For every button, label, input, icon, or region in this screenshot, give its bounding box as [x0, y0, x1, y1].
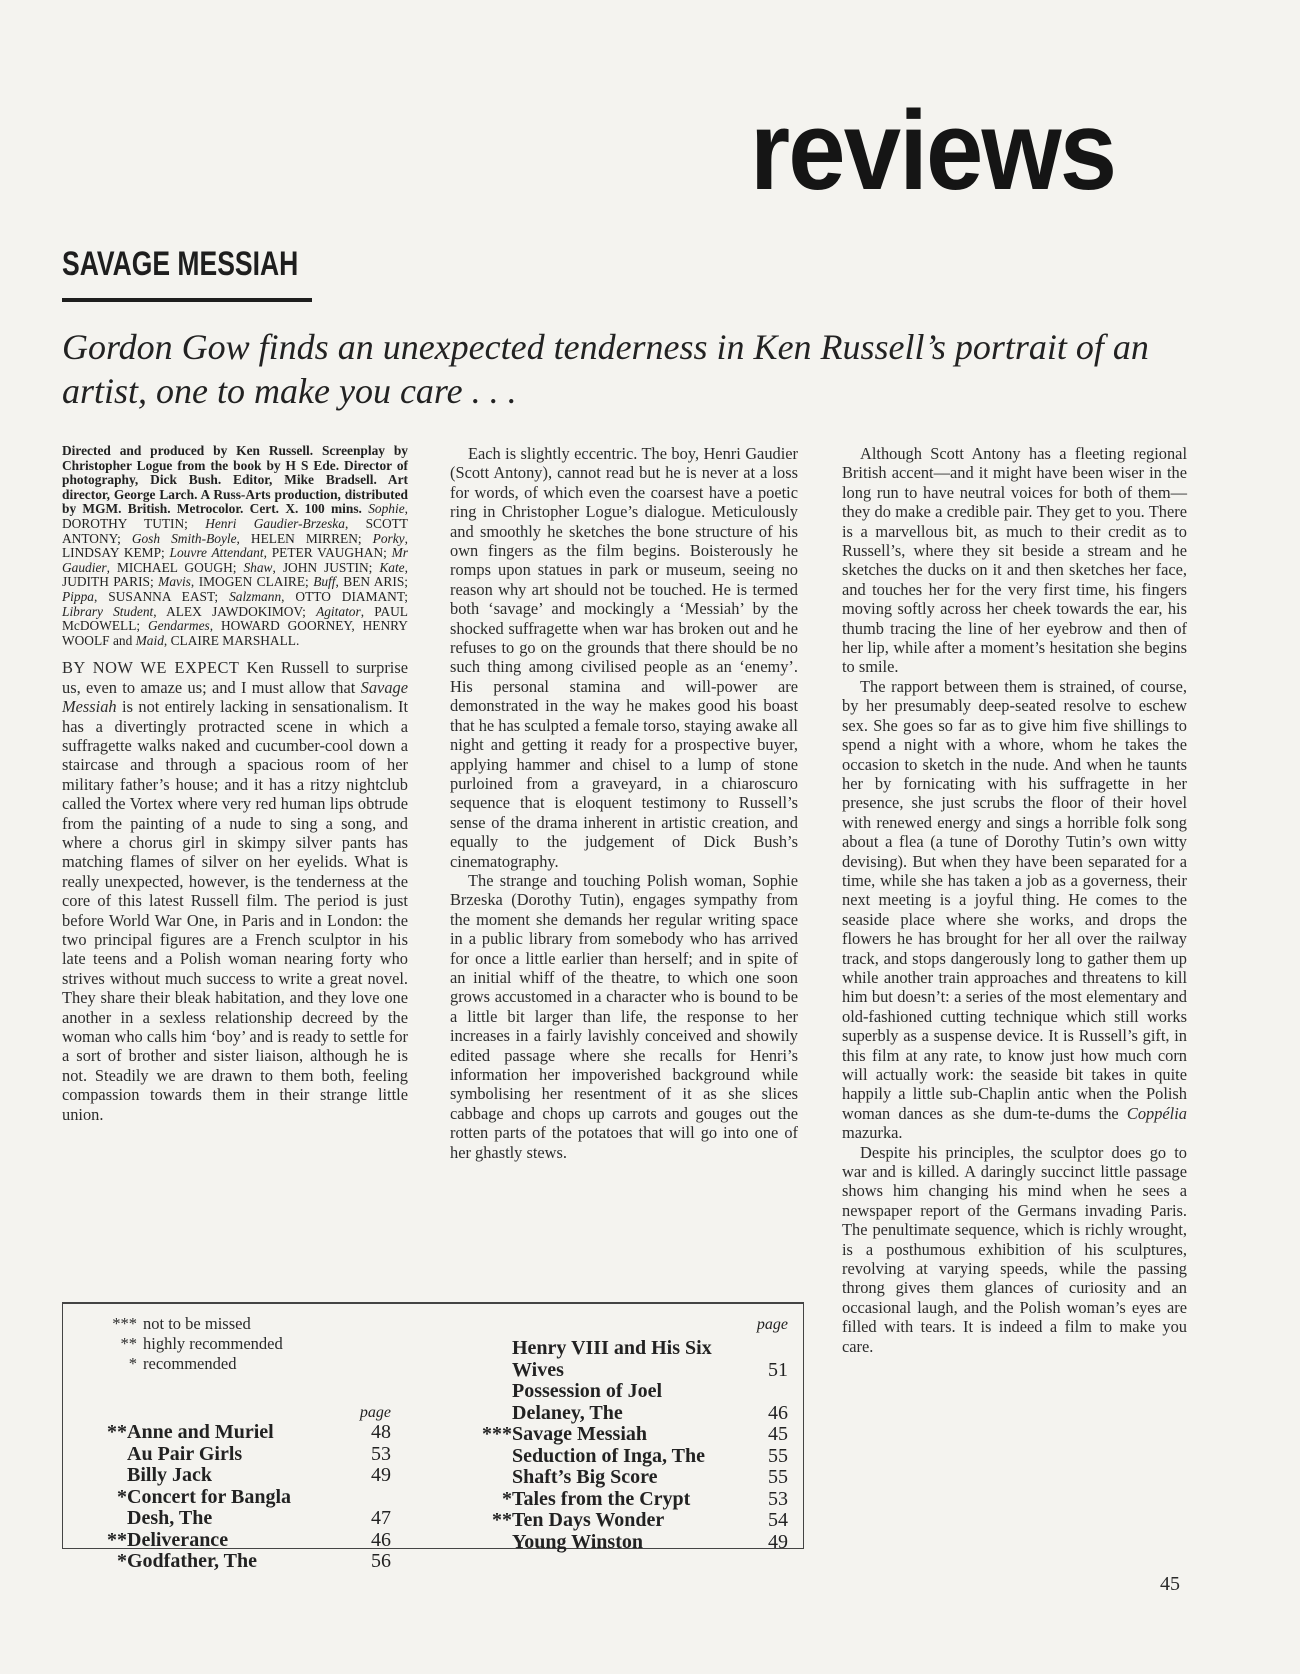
cast-role: Maid: [136, 633, 164, 648]
cast-role: Louvre Attendant: [170, 545, 264, 560]
index-title: Deliverance: [127, 1530, 351, 1552]
index-stars: ***: [468, 1424, 512, 1446]
cast-actor: CLAIRE MARSHALL: [171, 633, 296, 648]
index-entry: Delaney, The46: [468, 1403, 788, 1425]
article-column-1: Directed and produced by Ken Russell. Sc…: [62, 444, 408, 1124]
paragraph-5: The rapport between them is strained, of…: [842, 677, 1187, 1143]
index-entry: Possession of Joel: [468, 1381, 788, 1403]
cast-role: Porky: [373, 531, 405, 546]
page-number: 45: [1160, 1573, 1180, 1596]
index-stars: *: [83, 1487, 127, 1509]
paragraph-3: The strange and touching Polish woman, S…: [450, 871, 798, 1162]
cast-role: Henri Gaudier-Brzeska: [205, 516, 345, 531]
cast-actor: JOHN JUSTIN: [283, 560, 369, 575]
paragraph-1: BY NOW WE EXPECT Ken Russell to surprise…: [62, 658, 408, 1124]
index-page: 53: [748, 1489, 788, 1511]
cast-role: Mavis: [158, 574, 191, 589]
index-stars: *: [468, 1489, 512, 1511]
index-page: 47: [351, 1508, 391, 1530]
index-entry: Shaft’s Big Score55: [468, 1467, 788, 1489]
cast-role: Salzmann: [229, 589, 281, 604]
cast-role: Library Student: [62, 604, 153, 619]
index-entry: Henry VIII and His Six: [468, 1338, 788, 1360]
index-title: Billy Jack: [127, 1465, 351, 1487]
index-page: 48: [351, 1422, 391, 1444]
index-entry: Seduction of Inga, The55: [468, 1446, 788, 1468]
index-page: 49: [351, 1465, 391, 1487]
index-stars: **: [83, 1422, 127, 1444]
article-column-3: Although Scott Antony has a fleeting reg…: [842, 444, 1187, 1356]
cast-actor: LINDSAY KEMP: [62, 545, 161, 560]
index-title: Concert for Bangla: [127, 1487, 351, 1509]
paragraph-2: Each is slightly eccentric. The boy, Hen…: [450, 444, 798, 871]
index-entry: *Concert for Bangla: [83, 1487, 391, 1509]
production-credits: Directed and produced by Ken Russell. Sc…: [62, 443, 408, 516]
index-title: Anne and Muriel: [127, 1422, 351, 1444]
cast-actor: ALEX JAWDOKIMOV: [166, 604, 302, 619]
index-entry: Au Pair Girls53: [83, 1444, 391, 1466]
key-row: ***not to be missed: [91, 1314, 283, 1334]
index-title: Henry VIII and His Six: [512, 1338, 748, 1360]
article-column-2: Each is slightly eccentric. The boy, Hen…: [450, 444, 798, 1162]
index-entry: Desh, The47: [83, 1508, 391, 1530]
index-page: 46: [351, 1530, 391, 1552]
cast-actor: MICHAEL GOUGH: [117, 560, 233, 575]
key-row: *recommended: [91, 1354, 283, 1374]
cast-actor: PETER VAUGHAN: [272, 545, 383, 560]
cast-role: Kate: [379, 560, 404, 575]
cast-role: Pippa: [62, 589, 94, 604]
page-column-header: page: [468, 1316, 788, 1334]
cast-actor: IMOGEN CLAIRE: [199, 574, 305, 589]
cast-actor: HELEN MIRREN: [251, 531, 358, 546]
index-title: Seduction of Inga, The: [512, 1446, 748, 1468]
index-page: 53: [351, 1444, 391, 1466]
index-page: 55: [748, 1467, 788, 1489]
cast-actor: JUDITH PARIS: [62, 574, 150, 589]
index-entry: *Tales from the Crypt53: [468, 1489, 788, 1511]
index-page: 54: [748, 1510, 788, 1532]
index-entry: **Anne and Muriel48: [83, 1422, 391, 1444]
index-page: 45: [748, 1424, 788, 1446]
ratings-key: ***not to be missed **highly recommended…: [91, 1314, 283, 1374]
index-title: Young Winston: [512, 1532, 748, 1554]
index-title: Shaft’s Big Score: [512, 1467, 748, 1489]
index-page: 49: [748, 1532, 788, 1554]
cast-role: Gosh Smith-Boyle: [132, 531, 237, 546]
index-stars: **: [468, 1510, 512, 1532]
index-title: Possession of Joel: [512, 1381, 748, 1403]
paragraph-4: Although Scott Antony has a fleeting reg…: [842, 444, 1187, 677]
index-entry: Wives51: [468, 1360, 788, 1382]
index-entry: **Ten Days Wonder54: [468, 1510, 788, 1532]
paragraph-6: Despite his principles, the sculptor doe…: [842, 1143, 1187, 1356]
index-title: Godfather, The: [127, 1551, 351, 1573]
cast-role: Gendarmes: [148, 618, 210, 633]
page-column-header: page: [83, 1404, 391, 1422]
film-credits: Directed and produced by Ken Russell. Sc…: [62, 444, 408, 648]
index-list-right: page Henry VIII and His SixWives51Posses…: [468, 1316, 788, 1553]
lead-in: BY NOW WE EXPECT: [62, 658, 239, 677]
film-title: SAVAGE MESSIAH: [62, 245, 298, 284]
key-row: **highly recommended: [91, 1334, 283, 1354]
cast-actor: DOROTHY TUTIN: [62, 516, 184, 531]
index-entry: ***Savage Messiah45: [468, 1424, 788, 1446]
index-stars: *: [83, 1551, 127, 1573]
cast-actor: OTTO DIAMANT: [295, 589, 404, 604]
index-title: Delaney, The: [512, 1403, 748, 1425]
cast-role: Agitator: [316, 604, 361, 619]
index-entry: Billy Jack49: [83, 1465, 391, 1487]
title-underline-rule: [62, 298, 312, 302]
index-stars: **: [83, 1530, 127, 1552]
standfirst: Gordon Gow finds an unexpected tendernes…: [62, 325, 1162, 413]
index-title: Au Pair Girls: [127, 1444, 351, 1466]
index-title: Desh, The: [127, 1508, 351, 1530]
cast-role: Shaw: [243, 560, 272, 575]
index-list-left: page **Anne and Muriel48Au Pair Girls53B…: [83, 1404, 391, 1573]
cast-actor: BEN ARIS: [343, 574, 404, 589]
index-page: 55: [748, 1446, 788, 1468]
cast-role: Buff: [313, 574, 335, 589]
index-page: 51: [748, 1360, 788, 1382]
index-entry: **Deliverance46: [83, 1530, 391, 1552]
cast-list: Sophie, DOROTHY TUTIN; Henri Gaudier-Brz…: [62, 501, 408, 647]
section-masthead: reviews: [750, 95, 1115, 207]
index-page: 46: [748, 1403, 788, 1425]
index-title: Tales from the Crypt: [512, 1489, 748, 1511]
cast-actor: SUSANNA EAST: [108, 589, 214, 604]
reviews-index-box: ***not to be missed **highly recommended…: [62, 1302, 804, 1549]
index-page: 56: [351, 1551, 391, 1573]
index-title: Wives: [512, 1360, 748, 1382]
index-entry: *Godfather, The56: [83, 1551, 391, 1573]
cast-role: Sophie: [368, 501, 404, 516]
index-title: Savage Messiah: [512, 1424, 748, 1446]
index-entry: Young Winston49: [468, 1532, 788, 1554]
index-title: Ten Days Wonder: [512, 1510, 748, 1532]
